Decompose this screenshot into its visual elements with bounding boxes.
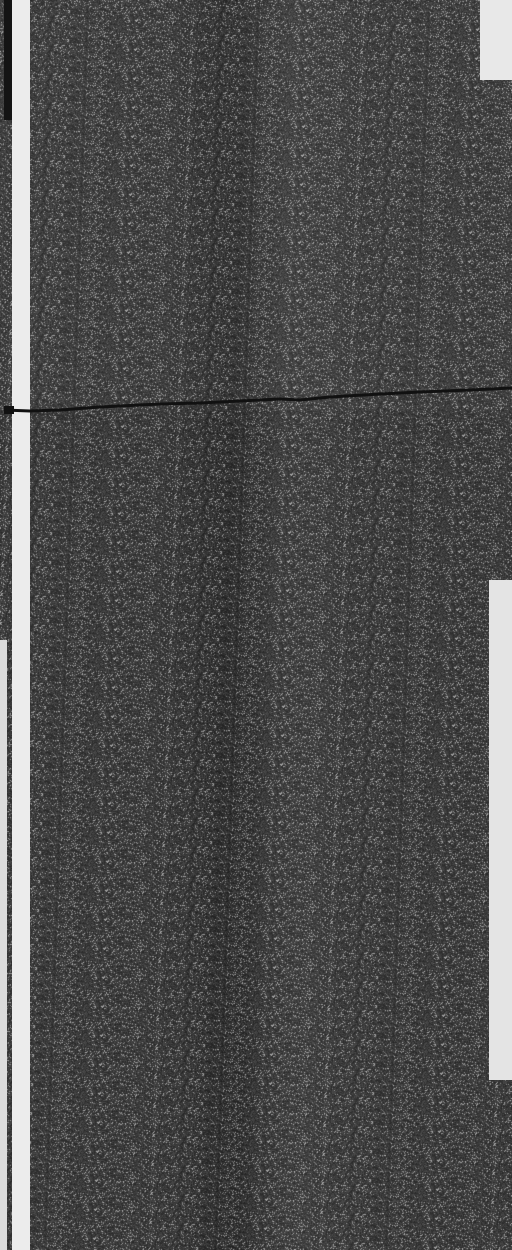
dark-shoulder-strip — [4, 0, 12, 120]
right-dashed-marking-top — [480, 0, 512, 80]
right-dashed-marking-middle — [489, 580, 512, 1080]
left-edge-line — [0, 640, 7, 1250]
left-solid-lane-line — [12, 0, 30, 1250]
asphalt-surface — [0, 0, 512, 1250]
